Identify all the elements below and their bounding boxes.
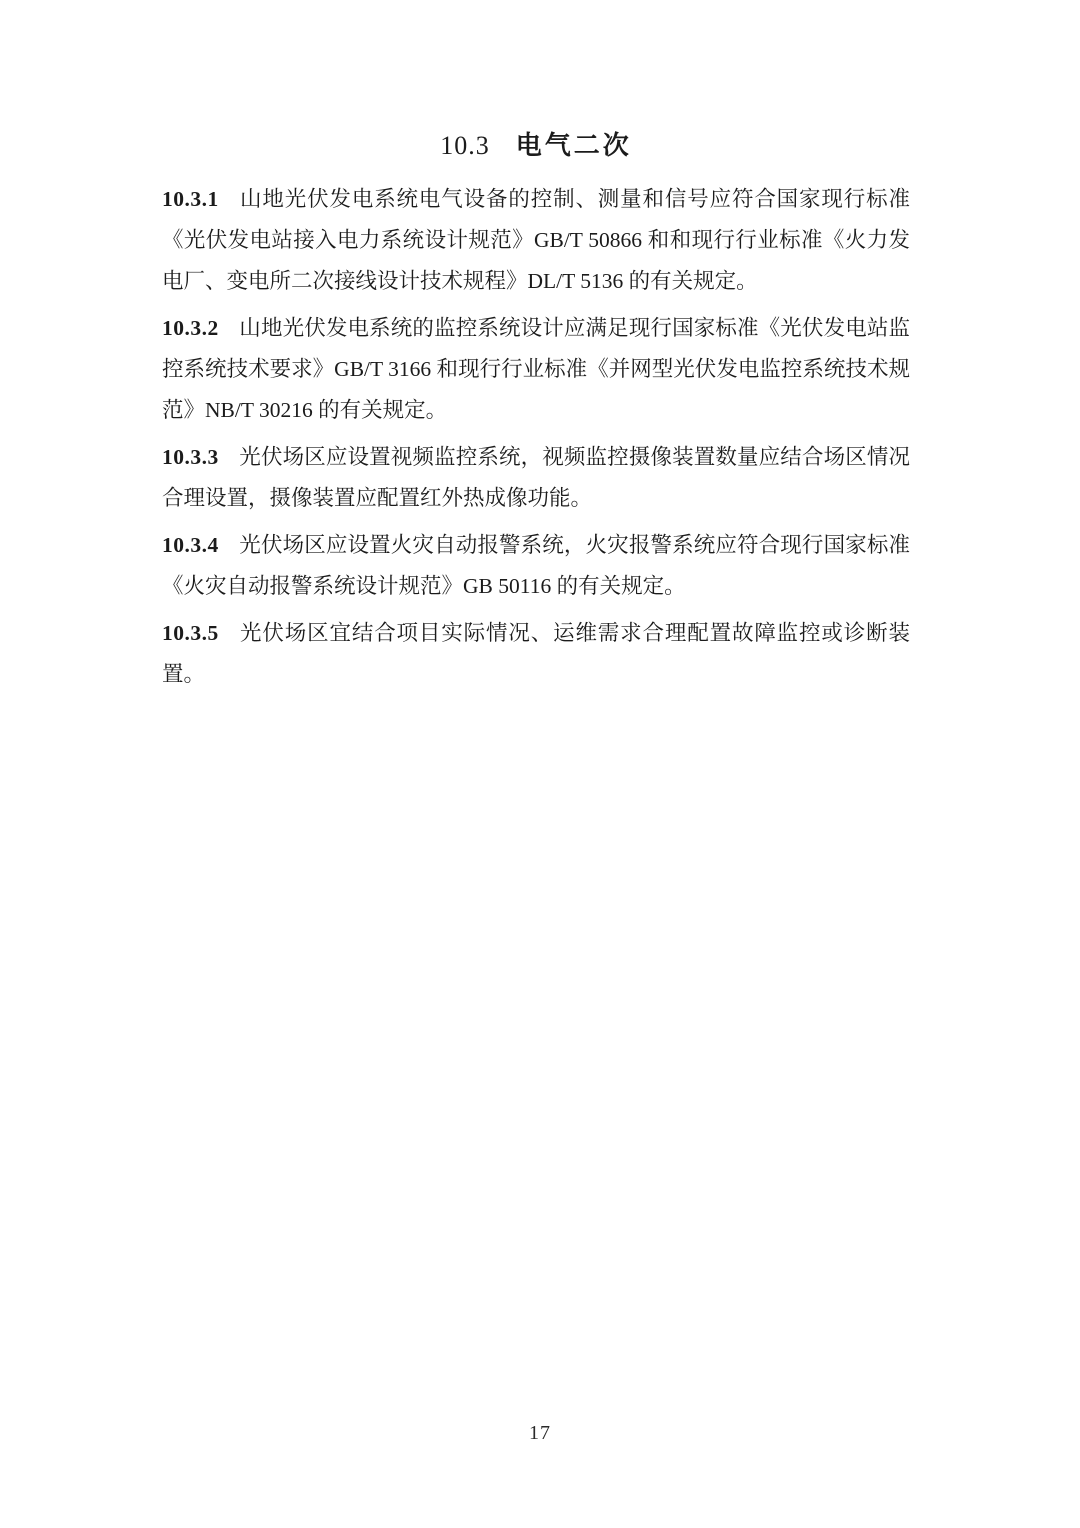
page-number: 17	[0, 1422, 1080, 1445]
clause-paragraph: 10.3.4光伏场区应设置火灾自动报警系统，火灾报警系统应符合现行国家标准《火灾…	[162, 525, 910, 607]
clause-number: 10.3.4	[162, 533, 219, 557]
document-body: 10.3电气二次 10.3.1山地光伏发电系统电气设备的控制、测量和信号应符合国…	[162, 128, 910, 701]
clause-paragraph: 10.3.5光伏场区宜结合项目实际情况、运维需求合理配置故障监控或诊断装置。	[162, 613, 910, 695]
clause-text: 山地光伏发电系统的监控系统设计应满足现行国家标准《光伏发电站监控系统技术要求》G…	[162, 316, 910, 422]
clause-number: 10.3.1	[162, 187, 219, 211]
clause-text: 光伏场区应设置视频监控系统，视频监控摄像装置数量应结合场区情况合理设置，摄像装置…	[162, 445, 910, 510]
clause-text: 光伏场区应设置火灾自动报警系统，火灾报警系统应符合现行国家标准《火灾自动报警系统…	[162, 533, 910, 598]
section-title: 电气二次	[516, 130, 632, 160]
clause-number: 10.3.3	[162, 445, 219, 469]
clause-text: 光伏场区宜结合项目实际情况、运维需求合理配置故障监控或诊断装置。	[162, 621, 910, 686]
section-heading: 10.3电气二次	[162, 128, 910, 163]
clause-paragraph: 10.3.3光伏场区应设置视频监控系统，视频监控摄像装置数量应结合场区情况合理设…	[162, 437, 910, 519]
clause-paragraph: 10.3.2山地光伏发电系统的监控系统设计应满足现行国家标准《光伏发电站监控系统…	[162, 308, 910, 431]
clause-paragraph: 10.3.1山地光伏发电系统电气设备的控制、测量和信号应符合国家现行标准《光伏发…	[162, 179, 910, 302]
clause-number: 10.3.5	[162, 621, 219, 645]
clause-number: 10.3.2	[162, 316, 219, 340]
clause-text: 山地光伏发电系统电气设备的控制、测量和信号应符合国家现行标准《光伏发电站接入电力…	[162, 187, 910, 293]
document-page: 10.3电气二次 10.3.1山地光伏发电系统电气设备的控制、测量和信号应符合国…	[0, 0, 1080, 1528]
section-number: 10.3	[440, 131, 490, 160]
